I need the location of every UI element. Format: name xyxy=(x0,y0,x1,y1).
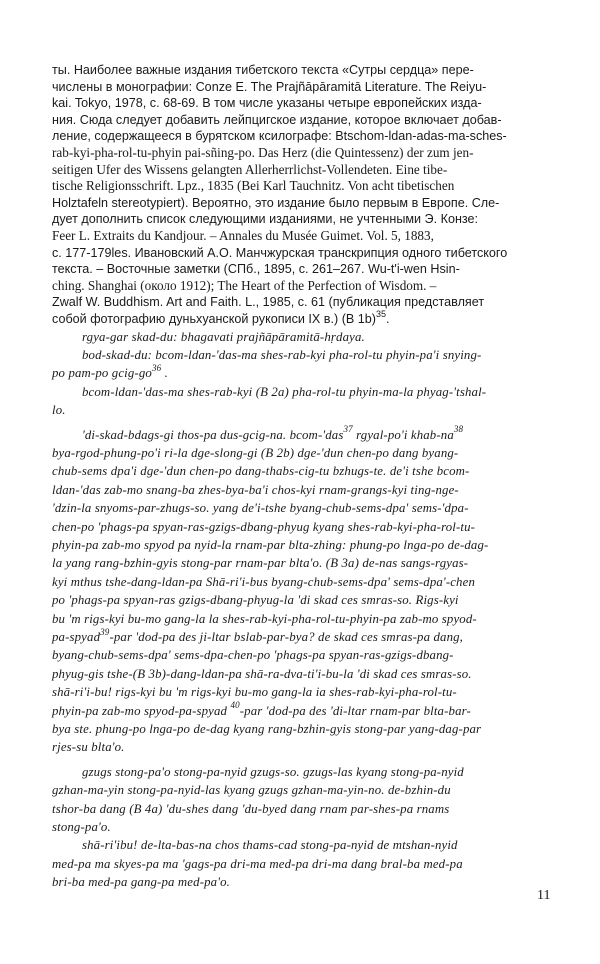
footnote-marker: 38 xyxy=(454,424,463,434)
text-line: phyug-gis tshe-(B 3b)-dang-ldan-pa shā-r… xyxy=(52,665,548,683)
text-line: la yang rang-bzhin-gyis stong-par rnam-p… xyxy=(52,554,548,572)
text-line: Feer L. Extraits du Kandjour. – Annales … xyxy=(52,228,548,245)
paragraph-3: shā-ri'ibu! de-lta-bas-na chos thams-cad… xyxy=(52,836,548,891)
text-line: phyin-pa zab-mo spyod-pa-spyad 40-par 'd… xyxy=(52,702,548,720)
text-line: med-pa ma skyes-pa ma 'gags-pa dri-ma me… xyxy=(52,855,548,873)
text-line: bya-rgod-phung-po'i ri-la dge-slong-gi (… xyxy=(52,444,548,462)
text-line: bri-ba med-pa gang-pa med-pa'o. xyxy=(52,873,548,891)
text-line: kai. Tokyo, 1978, с. 68-69. В том числе … xyxy=(52,95,548,112)
footnote-marker: 36 xyxy=(152,363,161,373)
text-line: po 'phags-pa spyan-ras gzigs-dbang-phyug… xyxy=(52,591,548,609)
text-line: pa-spyad39-par 'dod-pa des ji-ltar bslab… xyxy=(52,628,548,646)
text-line: rjes-su blta'o. xyxy=(52,738,548,756)
text-line: stong-pa'o. xyxy=(52,818,548,836)
tibetan-title-line: bod-skad-du: bcom-ldan-'das-ma shes-rab-… xyxy=(52,346,548,364)
text-line: текста. – Восточные заметки (СПб., 1895,… xyxy=(52,261,548,278)
text-line: ching. Shanghai (около 1912); The Heart … xyxy=(52,278,548,295)
footnote-marker: 39 xyxy=(100,627,109,637)
text-line: bu 'm rigs-kyi bu-mo gang-la la shes-rab… xyxy=(52,610,548,628)
text-line: byang-chub-sems-dpa' sems-dpa-chen-po 'p… xyxy=(52,646,548,664)
text-span: собой фотографию дуньхуанской рукописи I… xyxy=(52,312,376,326)
text-span: phyin-pa zab-mo spyod-pa-spyad xyxy=(52,704,230,718)
text-line: числены в монографии: Conze E. The Prajñ… xyxy=(52,79,548,96)
document-page: ты. Наиболее важные издания тибетского т… xyxy=(52,62,548,892)
text-line: ты. Наиболее важные издания тибетского т… xyxy=(52,62,548,79)
paragraph-2: gzugs stong-pa'o stong-pa-nyid gzugs-so.… xyxy=(52,763,548,837)
text-span: -par 'dod-pa des 'di-ltar rnam-par blta-… xyxy=(240,704,471,718)
text-line: 'di-skad-bdags-gi thos-pa dus-gcig-na. b… xyxy=(52,426,548,444)
footnote-marker: 35 xyxy=(376,309,386,319)
homage-line: lo. xyxy=(52,401,548,419)
text-span: 'di-skad-bdags-gi thos-pa dus-gcig-na. b… xyxy=(82,428,343,442)
text-line: shā-ri'i-bu! rigs-kyi bu 'm rigs-kyi bu-… xyxy=(52,683,548,701)
text-line: ldan-'das zab-mo snang-ba zhes-bya-ba'i … xyxy=(52,481,548,499)
text-line: с. 177-179les. Ивановский А.О. Манчжурск… xyxy=(52,245,548,262)
text-line: 'dzin-la snyoms-par-zhugs-so. yang de'i-… xyxy=(52,499,548,517)
text-line: собой фотографию дуньхуанской рукописи I… xyxy=(52,311,548,328)
text-line: gzhan-ma-yin stong-pa-nyid-las kyang gzu… xyxy=(52,781,548,799)
tibetan-title-line: po pam-po gcig-go36 . xyxy=(52,364,548,382)
intro-footnote-text: ты. Наиболее важные издания тибетского т… xyxy=(52,62,548,328)
text-line: seitigen Ufer des Wissens gelangten Alle… xyxy=(52,162,548,179)
text-span: rgyal-po'i khab-na xyxy=(353,428,454,442)
text-line: chub-sems dpa'i dge-'dun chen-po dang-th… xyxy=(52,462,548,480)
text-line: phyin-pa zab-mo spyod pa nyid-la rnam-pa… xyxy=(52,536,548,554)
text-span: pa-spyad xyxy=(52,630,100,644)
page-number: 11 xyxy=(537,888,550,904)
text-line: дует дополнить список следующими издания… xyxy=(52,211,548,228)
footnote-marker: 40 xyxy=(230,700,239,710)
text-span: -par 'dod-pa des ji-ltar bslab-par-bya? … xyxy=(109,630,463,644)
text-line: kyi mthus tshe-dang-ldan-pa Shā-ri'i-bus… xyxy=(52,573,548,591)
text-line: tische Religionsschrift. Lpz., 1835 (Bei… xyxy=(52,178,548,195)
text-span: po pam-po gcig-go xyxy=(52,366,152,380)
text-line: gzugs stong-pa'o stong-pa-nyid gzugs-so.… xyxy=(52,763,548,781)
text-line: bya ste. phung-po lnga-po de-dag kyang r… xyxy=(52,720,548,738)
paragraph-1: 'di-skad-bdags-gi thos-pa dus-gcig-na. b… xyxy=(52,426,548,757)
text-line: chen-po 'phags-pa spyan-ras-gzigs-dbang-… xyxy=(52,518,548,536)
sanskrit-title: rgya-gar skad-du: bhagavati prajñāpārami… xyxy=(52,328,548,346)
homage-line: bcom-ldan-'das-ma shes-rab-kyi (B 2a) ph… xyxy=(52,383,548,401)
text-line: ление, содержащееся в бурятском ксилогра… xyxy=(52,128,548,145)
text-line: Zwalf W. Buddhism. Art and Faith. L., 19… xyxy=(52,294,548,311)
text-line: ния. Сюда следует добавить лейпцигское и… xyxy=(52,112,548,129)
text-line: Holztafeln stereotypiert). Вероятно, это… xyxy=(52,195,548,212)
text-line: tshor-ba dang (B 4a) 'du-shes dang 'du-b… xyxy=(52,800,548,818)
text-line: shā-ri'ibu! de-lta-bas-na chos thams-cad… xyxy=(52,836,548,854)
footnote-marker: 37 xyxy=(343,424,352,434)
text-line: rab-kyi-pha-rol-tu-phyin pai-sñing-po. D… xyxy=(52,145,548,162)
